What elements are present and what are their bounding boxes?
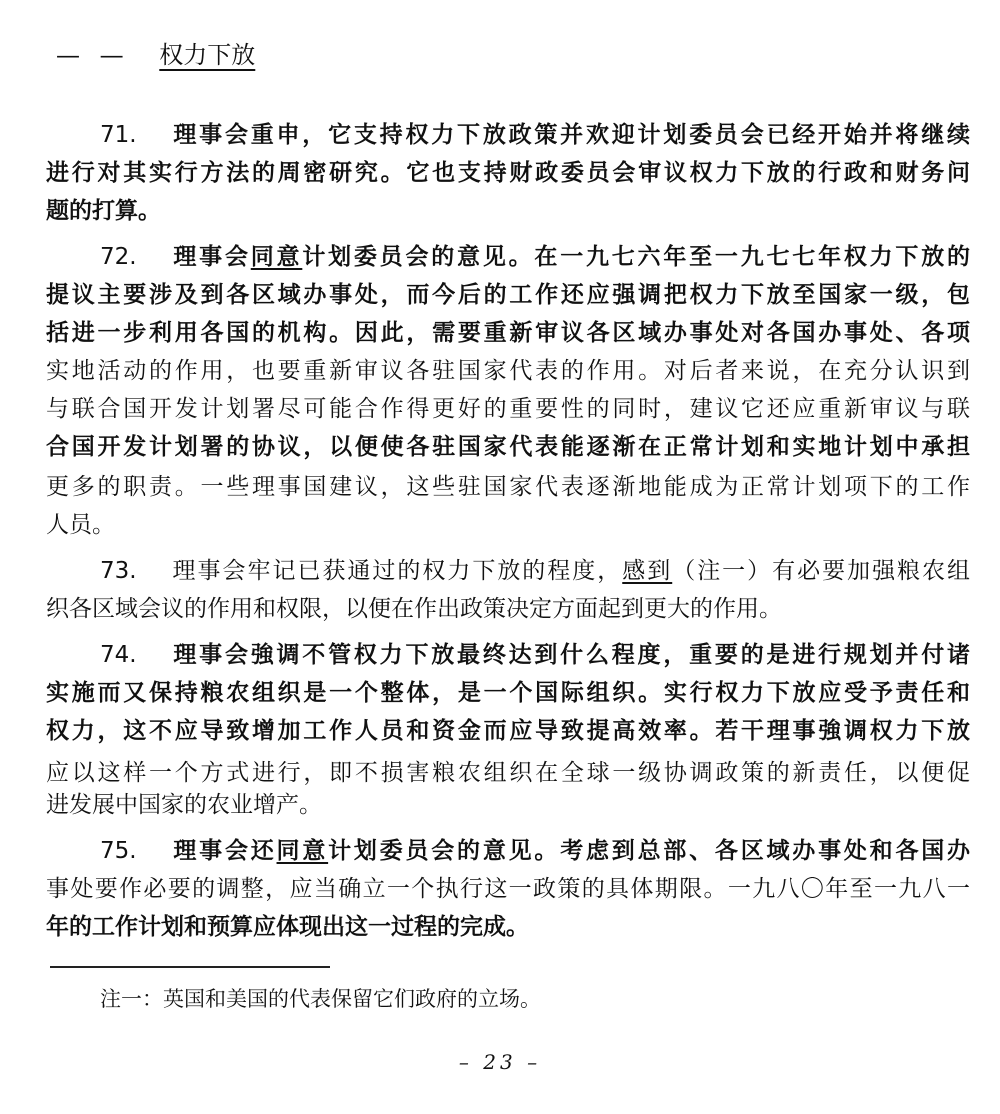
- underlined-term: 同意: [251, 243, 303, 270]
- paragraph-72-line-3: 括进一步利用各国的机构。因此，需要重新审议各区域办事处对各国办事处、各项: [46, 316, 970, 350]
- paragraph-71-line-3: 题的打算。: [46, 194, 970, 228]
- paragraph-72-line-5: 与联合国开发计划署尽可能合作得更好的重要性的同时，建议它还应重新审议与联: [46, 392, 970, 426]
- footnote-divider: [50, 966, 330, 968]
- paragraph-74-line-2: 实施而又保持粮农组织是一个整体，是一个国际组织。实行权力下放应受予责任和: [46, 676, 970, 710]
- paragraph-number: 71.: [100, 122, 137, 148]
- paragraph-72-line-8: 人员。: [46, 508, 970, 542]
- section-heading: — — 权力下放: [56, 40, 255, 70]
- paragraph-74-line-5: 进发展中国家的农业增产。: [46, 788, 970, 822]
- line-text: 理事会重申，它支持权力下放政策并欢迎计划委员会已经开始并将继续: [171, 121, 970, 148]
- line-text: 理事会強调不管权力下放最终达到什么程度，重要的是进行规划并付诸: [171, 641, 970, 668]
- paragraph-73-line-1: 73.理事会牢记已获通过的权力下放的程度，感到（注一）有必要加强粮农组: [100, 554, 970, 588]
- paragraph-75-line-1: 75.理事会还同意计划委员会的意见。考虑到总部、各区域办事处和各国办: [100, 834, 970, 868]
- line-text: 理事会牢记已获通过的权力下放的程度，: [171, 558, 623, 584]
- paragraph-71-line-1: 71.理事会重申，它支持权力下放政策并欢迎计划委员会已经开始并将继续: [100, 118, 970, 152]
- underlined-term: 感到: [622, 558, 672, 584]
- heading-dashes: — —: [56, 41, 130, 69]
- line-text: 理事会: [171, 243, 251, 270]
- line-text: 计划委员会的意见。在一九七六年至一九七七年权力下放的: [302, 243, 970, 270]
- paragraph-72-line-1: 72.理事会同意计划委员会的意见。在一九七六年至一九七七年权力下放的: [100, 240, 970, 274]
- paragraph-number: 74.: [100, 642, 137, 668]
- paragraph-74-line-1: 74.理事会強调不管权力下放最终达到什么程度，重要的是进行规划并付诸: [100, 638, 970, 672]
- paragraph-72-line-7: 更多的职责。一些理事国建议，这些驻国家代表逐渐地能成为正常计划项下的工作: [46, 470, 970, 504]
- paragraph-72-line-6: 合国开发计划署的协议，以便使各驻国家代表能逐渐在正常计划和实地计划中承担: [46, 430, 970, 464]
- footnote: 注一：英国和美国的代表保留它们政府的立场。: [100, 984, 541, 1014]
- line-text: （注一）有必要加强粮农组: [672, 558, 970, 584]
- line-text: 计划委员会的意见。考虑到总部、各区域办事处和各国办: [328, 837, 970, 864]
- paragraph-71-line-2: 进行对其实行方法的周密研究。它也支持财政委员会审议权力下放的行政和财务问: [46, 156, 970, 190]
- paragraph-72-line-2: 提议主要涉及到各区域办事处，而今后的工作还应强调把权力下放至国家一级，包: [46, 278, 970, 312]
- paragraph-72-line-4: 实地活动的作用，也要重新审议各驻国家代表的作用。对后者来说，在充分认识到: [46, 354, 970, 388]
- section-title: 权力下放: [159, 41, 255, 69]
- paragraph-number: 75.: [100, 838, 137, 864]
- paragraph-73-line-2: 织各区域会议的作用和权限，以便在作出政策决定方面起到更大的作用。: [46, 592, 970, 626]
- underlined-term: 同意: [277, 837, 329, 864]
- paragraph-74-line-4: 应以这样一个方式进行，即不损害粮农组织在全球一级协调政策的新责任，以便促: [46, 756, 970, 790]
- paragraph-74-line-3: 权力，这不应导致增加工作人员和资金而应导致提高效率。若干理事強调权力下放: [46, 714, 970, 748]
- paragraph-75-line-3: 年的工作计划和预算应体现出这一过程的完成。: [46, 910, 970, 944]
- paragraph-number: 72.: [100, 244, 137, 270]
- paragraph-number: 73.: [100, 558, 137, 584]
- page-number: – 23 –: [0, 1050, 1000, 1074]
- line-text: 理事会还: [171, 837, 277, 864]
- paragraph-75-line-2: 事处要作必要的调整，应当确立一个执行这一政策的具体期限。一九八〇年至一九八一: [46, 872, 970, 906]
